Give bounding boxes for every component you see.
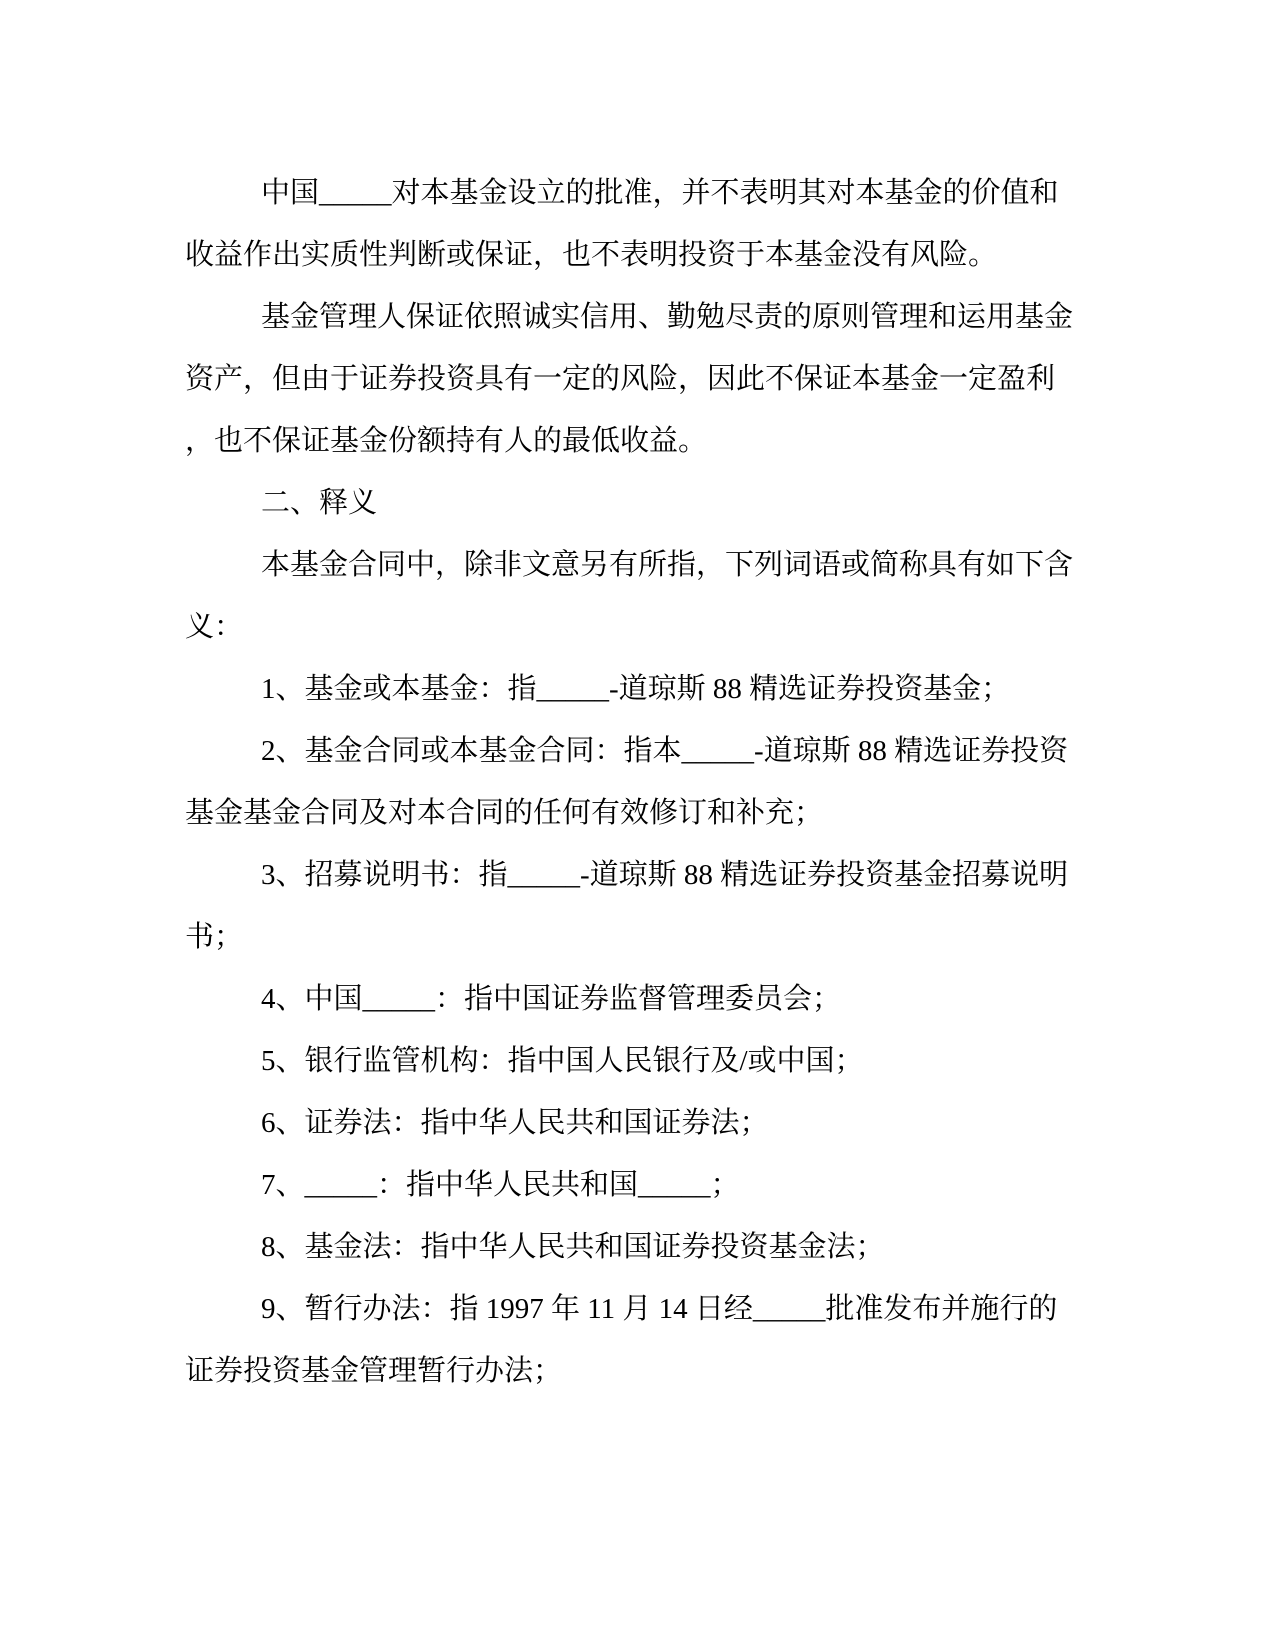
text-line: 本基金合同中，除非文意另有所指，下列词语或简称具有如下含 <box>185 534 1150 596</box>
text-line: 证券投资基金管理暂行办法； <box>185 1340 1150 1402</box>
definition-item: 5、银行监管机构：指中国人民银行及/或中国； <box>185 1030 1150 1092</box>
text-line: 中国_____对本基金设立的批准，并不表明其对本基金的价值和 <box>185 162 1150 224</box>
definition-item: 6、证券法：指中华人民共和国证券法； <box>185 1092 1150 1154</box>
text-line: 资产，但由于证券投资具有一定的风险，因此不保证本基金一定盈利 <box>185 348 1150 410</box>
document-page: 中国_____对本基金设立的批准，并不表明其对本基金的价值和 收益作出实质性判断… <box>185 162 1150 1402</box>
text-line: 基金管理人保证依照诚实信用、勤勉尽责的原则管理和运用基金 <box>185 286 1150 348</box>
definition-item: 2、基金合同或本基金合同：指本_____-道琼斯 88 精选证券投资 <box>185 720 1150 782</box>
definition-item: 9、暂行办法：指 1997 年 11 月 14 日经_____批准发布并施行的 <box>185 1278 1150 1340</box>
definition-item: 4、中国_____：指中国证券监督管理委员会； <box>185 968 1150 1030</box>
text-line: 基金基金合同及对本合同的任何有效修订和补充； <box>185 782 1150 844</box>
definition-item: 1、基金或本基金：指_____-道琼斯 88 精选证券投资基金； <box>185 658 1150 720</box>
text-line: ，也不保证基金份额持有人的最低收益。 <box>185 410 1150 472</box>
text-line: 收益作出实质性判断或保证，也不表明投资于本基金没有风险。 <box>185 224 1150 286</box>
definition-item: 3、招募说明书：指_____-道琼斯 88 精选证券投资基金招募说明 <box>185 844 1150 906</box>
text-line: 书； <box>185 906 1150 968</box>
section-heading: 二、释义 <box>185 472 1150 534</box>
definition-item: 8、基金法：指中华人民共和国证券投资基金法； <box>185 1216 1150 1278</box>
definition-item: 7、_____：指中华人民共和国_____； <box>185 1154 1150 1216</box>
text-line: 义： <box>185 596 1150 658</box>
